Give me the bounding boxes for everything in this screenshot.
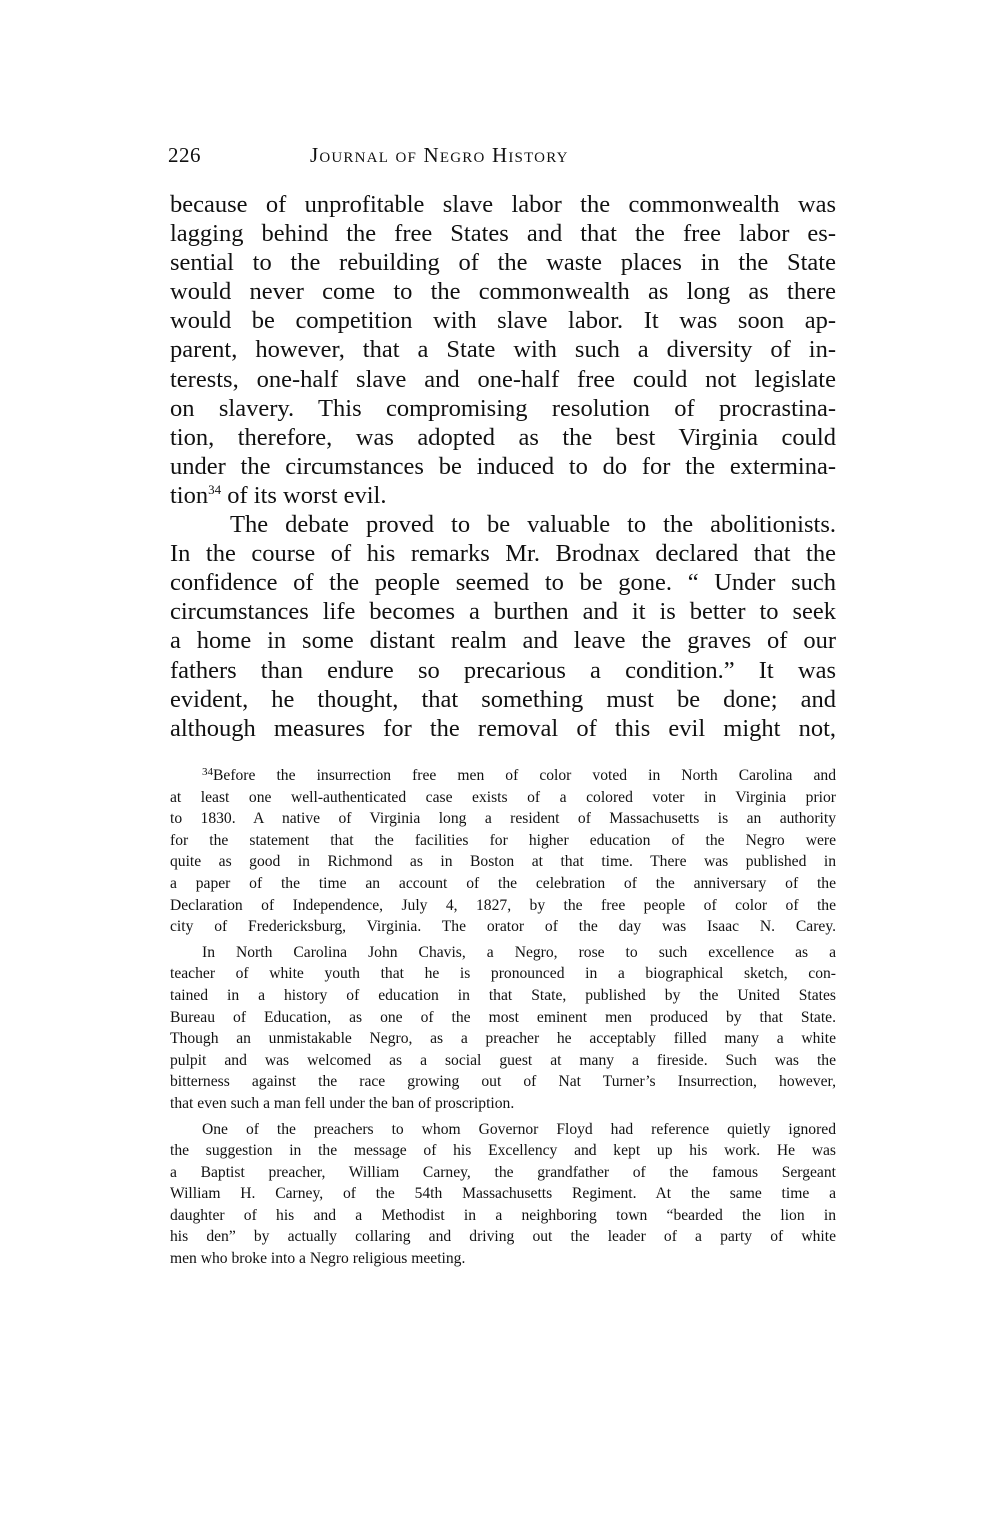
footnote-line: city of Fredericksburg, Virginia. The or…	[170, 916, 836, 938]
footnote-number: 34	[202, 766, 213, 778]
text-line: because of unprofitable slave labor the …	[170, 190, 836, 219]
footnote-line: bitterness against the race growing out …	[170, 1071, 836, 1093]
footnote-line: for the statement that the facilities fo…	[170, 830, 836, 852]
footnote-line: to 1830. A native of Virginia long a res…	[170, 808, 836, 830]
footnote-paragraph-2: In North Carolina John Chavis, a Negro, …	[170, 942, 836, 1115]
footnote-line: One of the preachers to whom Governor Fl…	[170, 1119, 836, 1141]
footnote-line: teacher of white youth that he is pronou…	[170, 963, 836, 985]
text-line: under the circumstances be induced to do…	[170, 452, 836, 481]
footnote-paragraph-1: 34Before the insurrection free men of co…	[170, 765, 836, 938]
text-line: tion34 of its worst evil.	[170, 481, 836, 510]
journal-page: 226 Journal of Negro History because of …	[0, 0, 1000, 1520]
text-line: terests, one-half slave and one-half fre…	[170, 365, 836, 394]
footnote-line: pulpit and was welcomed as a social gues…	[170, 1050, 836, 1072]
text-line: although measures for the removal of thi…	[170, 714, 836, 743]
body-text: because of unprofitable slave labor the …	[170, 190, 836, 743]
journal-title: Journal of Negro History	[310, 143, 569, 168]
footnote-line: at least one well-authenticated case exi…	[170, 787, 836, 809]
footnote-line: men who broke into a Negro religious mee…	[170, 1248, 836, 1270]
text-line: would never come to the commonwealth as …	[170, 277, 836, 306]
body-paragraph-1: because of unprofitable slave labor the …	[170, 190, 836, 510]
footnote-line: In North Carolina John Chavis, a Negro, …	[170, 942, 836, 964]
text-line: tion, therefore, was adopted as the best…	[170, 423, 836, 452]
footnote-line: a Baptist preacher, William Carney, the …	[170, 1162, 836, 1184]
text-line: evident, he thought, that something must…	[170, 685, 836, 714]
footnote-line: the suggestion in the message of his Exc…	[170, 1140, 836, 1162]
text-line: parent, however, that a State with such …	[170, 335, 836, 364]
footnote-line: 34Before the insurrection free men of co…	[170, 765, 836, 787]
text-line: a home in some distant realm and leave t…	[170, 626, 836, 655]
footnote-line: a paper of the time an account of the ce…	[170, 873, 836, 895]
footnote-line: Bureau of Education, as one of the most …	[170, 1007, 836, 1029]
footnote-line: that even such a man fell under the ban …	[170, 1093, 836, 1115]
text-fragment: Before the insurrection free men of colo…	[213, 767, 836, 784]
text-line: on slavery. This compromising resolution…	[170, 394, 836, 423]
text-line: sential to the rebuilding of the waste p…	[170, 248, 836, 277]
footnote-line: Declaration of Independence, July 4, 182…	[170, 895, 836, 917]
text-line: fathers than endure so precarious a cond…	[170, 656, 836, 685]
footnote-line: daughter of his and a Methodist in a nei…	[170, 1205, 836, 1227]
footnote-line: Though an unmistakable Negro, as a preac…	[170, 1028, 836, 1050]
text-line: lagging behind the free States and that …	[170, 219, 836, 248]
footnotes: 34Before the insurrection free men of co…	[170, 765, 836, 1270]
footnote-paragraph-3: One of the preachers to whom Governor Fl…	[170, 1119, 836, 1270]
page-number: 226	[168, 143, 201, 168]
footnote-line: William H. Carney, of the 54th Massachus…	[170, 1183, 836, 1205]
body-paragraph-2: The debate proved to be valuable to the …	[170, 510, 836, 743]
text-line: would be competition with slave labor. I…	[170, 306, 836, 335]
text-fragment: of its worst evil.	[221, 482, 386, 509]
text-line: confidence of the people seemed to be go…	[170, 568, 836, 597]
text-line: In the course of his remarks Mr. Brodnax…	[170, 539, 836, 568]
footnote-line: his den” by actually collaring and drivi…	[170, 1226, 836, 1248]
footnote-line: quite as good in Richmond as in Boston a…	[170, 851, 836, 873]
footnote-reference[interactable]: 34	[208, 482, 221, 497]
text-line: circumstances life becomes a burthen and…	[170, 597, 836, 626]
footnote-line: tained in a history of education in that…	[170, 985, 836, 1007]
text-line: The debate proved to be valuable to the …	[170, 510, 836, 539]
text-fragment: tion	[170, 482, 208, 509]
running-head: 226 Journal of Negro History	[168, 143, 838, 173]
